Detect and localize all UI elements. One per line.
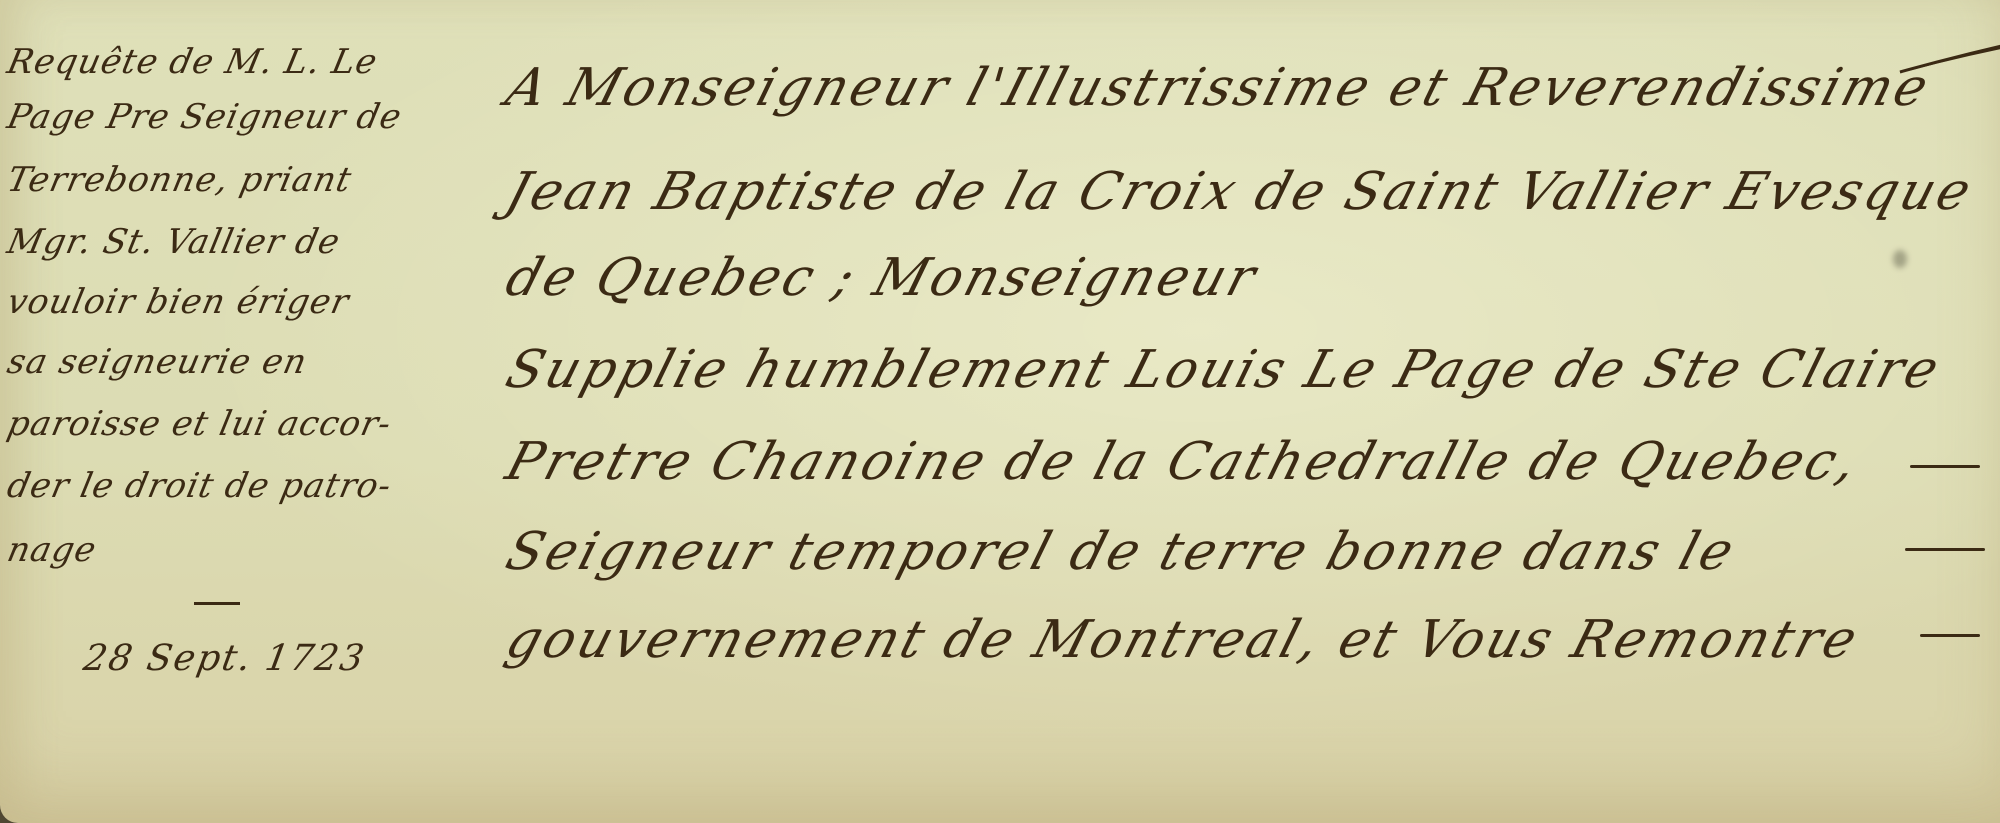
- margin-line: Mgr. St. Vallier de: [4, 222, 344, 262]
- margin-dash: [194, 602, 240, 605]
- body-line-seigneur: Seigneur temporel de terre bonne dans le: [499, 522, 1743, 582]
- body-line-quebec: de Quebec ; Monseigneur: [499, 248, 1264, 308]
- body-line-gouvernement: gouvernement de Montreal, et Vous Remont…: [499, 610, 1866, 670]
- line-filler: [1910, 465, 1980, 468]
- margin-line: Page Pre Seigneur de: [4, 97, 406, 137]
- body-line-supplie: Supplie humblement Louis Le Page de Ste …: [499, 340, 1948, 400]
- margin-line: Requête de M. L. Le: [4, 42, 382, 82]
- margin-line: Terrebonne, priant: [4, 160, 356, 200]
- margin-line: vouloir bien ériger: [4, 282, 353, 322]
- margin-line: der le droit de patro-: [4, 466, 396, 506]
- line-filler: [1920, 634, 1980, 637]
- margin-date: 28 Sept. 1723: [80, 638, 368, 679]
- margin-line: nage: [4, 530, 101, 570]
- line-filler: [1905, 548, 1985, 551]
- margin-line: sa seigneurie en: [4, 342, 311, 382]
- body-line-salutation: A Monseigneur l'Illustrissime et Reveren…: [499, 58, 1937, 118]
- margin-line: paroisse et lui accor-: [4, 404, 396, 444]
- manuscript-page: Requête de M. L. Le Page Pre Seigneur de…: [0, 0, 2000, 823]
- body-line-pretre: Pretre Chanoine de la Cathedralle de Que…: [499, 432, 1866, 492]
- body-line-name: Jean Baptiste de la Croix de Saint Valli…: [499, 162, 1980, 222]
- petition-body: A Monseigneur l'Illustrissime et Reveren…: [490, 0, 2000, 700]
